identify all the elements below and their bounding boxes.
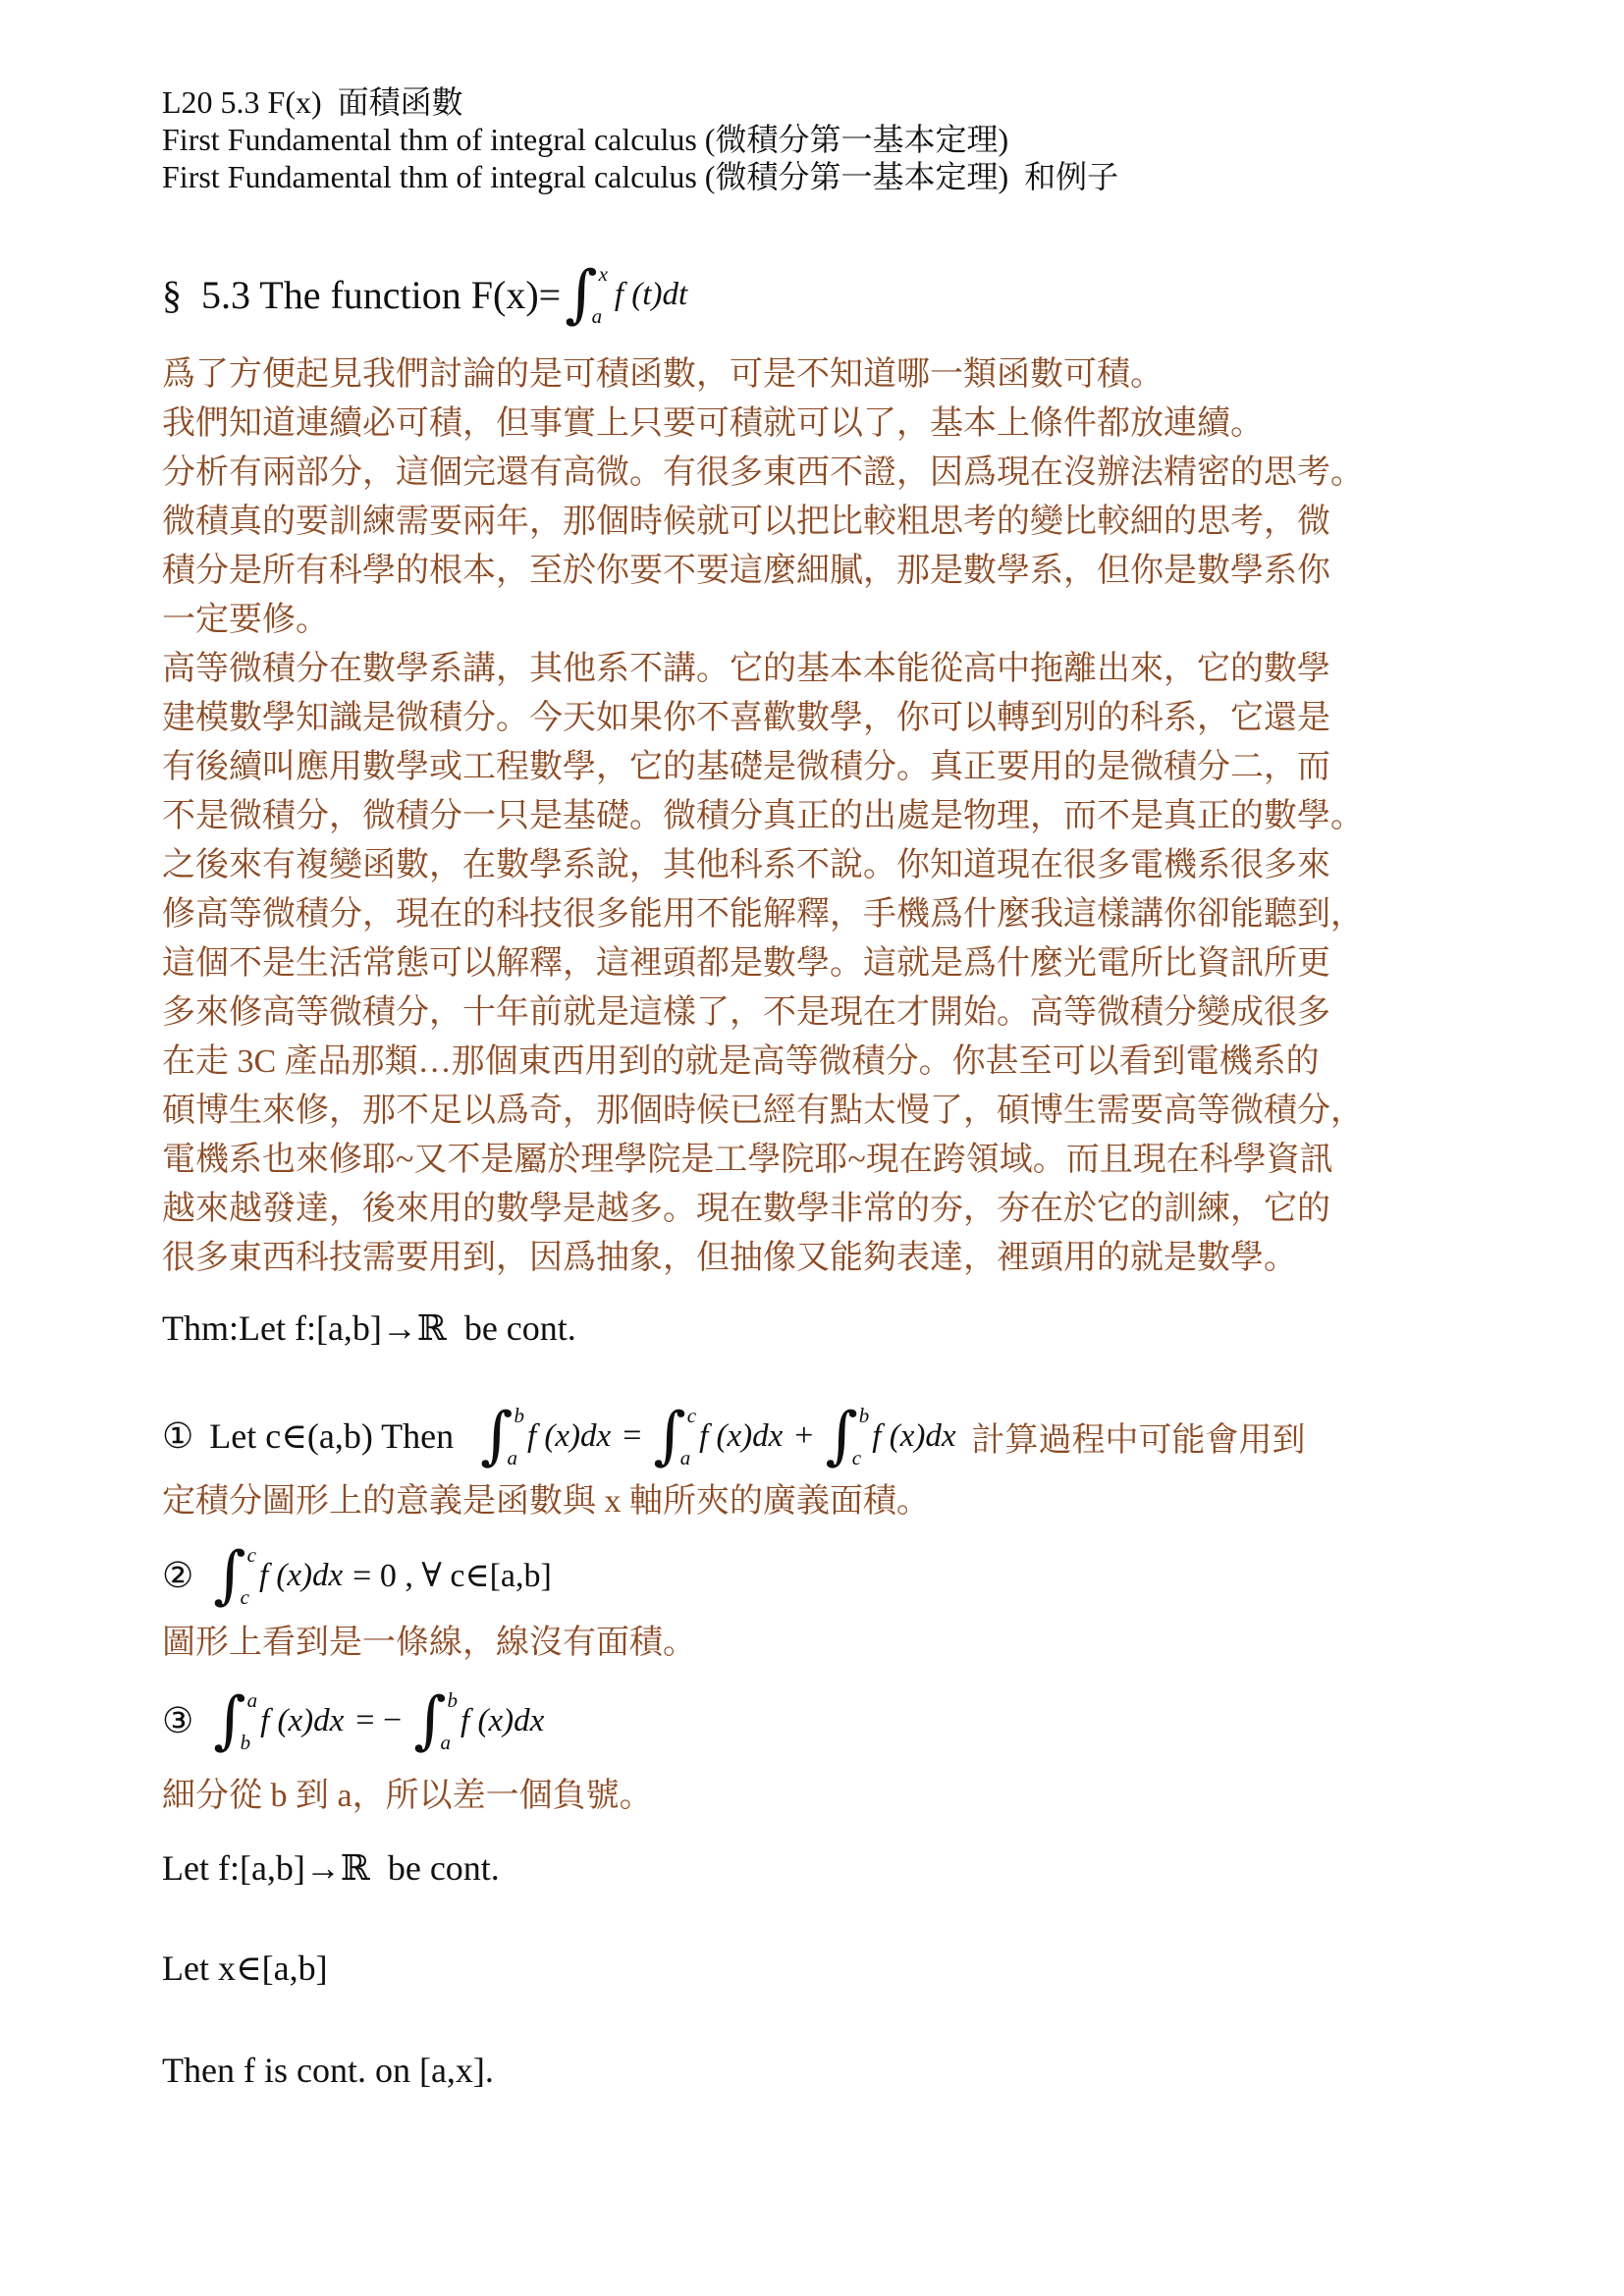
integral-limits: ca [687, 1403, 696, 1469]
integrand: f (x)dx [460, 1703, 544, 1739]
commentary-line: 微積真的要訓練需要兩年，那個時候就可以把比較粗思考的變比較細的思考，微 [162, 498, 1487, 547]
section-title: § 5.3 The function F(x)=∫xaf (t)dt [162, 258, 1487, 331]
integral-lower-limit: b [241, 1733, 258, 1753]
integral-limits: bc [859, 1403, 870, 1469]
header-line-topic-2: First Fundamental thm of integral calcul… [162, 158, 1487, 195]
equals-minus-sign: = − [355, 1702, 402, 1739]
plus-sign: + [794, 1417, 813, 1455]
integral: ∫bcf (x)dx [825, 1403, 955, 1469]
integral-limits: ba [448, 1687, 459, 1754]
commentary-line: 在走 3C 產品那類…那個東西用到的就是高等微積分。你甚至可以看到電機系的 [162, 1038, 1487, 1087]
lecture-commentary: 爲了方便起見我們討論的是可積函數，可是不知道哪一類函數可積。 我們知道連續必可積… [162, 350, 1487, 1283]
commentary-line: 之後來有複變函數，在數學系說，其他科系不說。你知道現在很多電機系很多來 [162, 841, 1487, 890]
commentary-line: 積分是所有科學的根本，至於你要不要這麼細膩，那是數學系，但你是數學系你 [162, 547, 1487, 596]
header-line-lecture-title: L20 5.3 F(x) 面積函數 [162, 83, 1487, 121]
section-title-text: § 5.3 The function F(x)= [162, 272, 561, 318]
circled-number-1: ① [162, 1415, 193, 1457]
integral-upper-limit: c [247, 1545, 256, 1566]
property-2-remark: 圖形上看到是一條線，線沒有面積。 [162, 1619, 1487, 1668]
integral-limits: ab [247, 1687, 258, 1754]
lecture-notes-page: L20 5.3 F(x) 面積函數 First Fundamental thm … [0, 0, 1624, 2296]
integral: ∫ccf (x)dx [213, 1542, 343, 1609]
theorem-property-3: ③ ∫abf (x)dx = − ∫baf (x)dx [162, 1680, 1487, 1762]
integral-limits: cc [247, 1542, 256, 1609]
integral-upper-limit: x [599, 264, 608, 285]
integral-lower-limit: a [508, 1448, 525, 1468]
integrand: f (t)dt [615, 277, 687, 313]
commentary-line: 有後續叫應用數學或工程數學，它的基礎是微積分。真正要用的是微積分二，而 [162, 743, 1487, 792]
commentary-line: 爲了方便起見我們討論的是可積函數，可是不知道哪一類函數可積。 [162, 350, 1487, 400]
integral-upper-limit: b [448, 1690, 459, 1711]
property-1-hypothesis: Let c∈(a,b) Then [209, 1415, 462, 1457]
commentary-line: 修高等微積分，現在的科技很多能用不能解釋，手機爲什麼我這樣講你卻能聽到， [162, 890, 1487, 939]
integral: ∫caf (x)dx [653, 1403, 783, 1469]
commentary-line: 電機系也來修耶~又不是屬於理學院是工學院耶~現在跨領域。而且現在科學資訊 [162, 1136, 1487, 1185]
commentary-line: 越來越發達，後來用的數學是越多。現在數學非常的夯，夯在於它的訓練，它的 [162, 1185, 1487, 1234]
integrand: f (x)dx [699, 1418, 783, 1455]
integral-lower-limit: c [852, 1448, 870, 1468]
circled-number-3: ③ [162, 1700, 193, 1741]
theorem-statement: Thm:Let f:[a,b]→ℝ be cont. [162, 1307, 1487, 1350]
equals-sign: = [623, 1417, 641, 1455]
property-1-remark: 定積分圖形上的意義是函數與 x 軸所夾的廣義面積。 [162, 1477, 1487, 1526]
integral-upper-limit: a [247, 1690, 258, 1711]
integral-upper-limit: b [859, 1406, 870, 1426]
integral: ∫baf (x)dx [480, 1403, 611, 1469]
integral-limits: ba [514, 1403, 525, 1469]
integral-lower-limit: a [441, 1733, 459, 1753]
statement-conclusion: Then f is cont. on [a,x]. [162, 2049, 1487, 2092]
integrand: f (x)dx [872, 1418, 955, 1455]
property-1-inline-remark: 計算過程中可能會用到 [972, 1413, 1306, 1461]
commentary-line: 建模數學知識是微積分。今天如果你不喜歡數學，你可以轉到別的科系，它還是 [162, 694, 1487, 743]
integral-limits: xa [599, 261, 608, 328]
statement-let-x: Let x∈[a,b] [162, 1947, 1487, 1990]
commentary-line: 碩博生來修，那不足以爲奇，那個時候已經有點太慢了，碩博生需要高等微積分， [162, 1087, 1487, 1136]
property-2-equation-tail: = 0 , ∀ c∈[a,b] [352, 1556, 552, 1595]
commentary-line: 這個不是生活常態可以解釋，這裡頭都是數學。這就是爲什麼光電所比資訊所更 [162, 939, 1487, 988]
commentary-line: 不是微積分，微積分一只是基礎。微積分真正的出處是物理，而不是真正的數學。 [162, 792, 1487, 841]
theorem-property-1: ① Let c∈(a,b) Then ∫baf (x)dx = ∫caf (x)… [162, 1395, 1487, 1477]
commentary-line: 我們知道連續必可積，但事實上只要可積就可以了，基本上條件都放連續。 [162, 400, 1487, 449]
integrand: f (x)dx [527, 1418, 611, 1455]
property-3-remark: 細分從 b 到 a，所以差一個負號。 [162, 1772, 1487, 1821]
commentary-line: 一定要修。 [162, 596, 1487, 645]
integral-upper-limit: b [514, 1406, 525, 1426]
integral-lower-limit: c [241, 1587, 256, 1608]
integral-lower-limit: a [592, 306, 608, 327]
commentary-line: 高等微積分在數學系講，其他系不講。它的基本本能從高中拖離出來，它的數學 [162, 645, 1487, 694]
course-header: L20 5.3 F(x) 面積函數 First Fundamental thm … [162, 83, 1487, 195]
circled-number-2: ② [162, 1555, 193, 1596]
integrand: f (x)dx [259, 1558, 343, 1594]
commentary-line: 多來修高等微積分，十年前就是這樣了，不是現在才開始。高等微積分變成很多 [162, 988, 1487, 1038]
integral-lower-limit: a [680, 1448, 696, 1468]
commentary-line: 分析有兩部分，這個完還有高微。有很多東西不證，因爲現在沒辦法精密的思考。 [162, 449, 1487, 498]
integral-upper-limit: c [687, 1406, 696, 1426]
integral: ∫xa [565, 261, 611, 328]
header-line-topic-1: First Fundamental thm of integral calcul… [162, 121, 1487, 158]
theorem-property-2: ② ∫ccf (x)dx = 0 , ∀ c∈[a,b] [162, 1534, 1487, 1617]
integrand: f (x)dx [260, 1703, 344, 1739]
statement-let-f: Let f:[a,b]→ℝ be cont. [162, 1846, 1487, 1890]
integral: ∫baf (x)dx [413, 1687, 544, 1754]
integral: ∫abf (x)dx [213, 1687, 344, 1754]
commentary-line: 很多東西科技需要用到，因爲抽象，但抽像又能夠表達，裡頭用的就是數學。 [162, 1234, 1487, 1283]
page-content: L20 5.3 F(x) 面積函數 First Fundamental thm … [0, 0, 1624, 2092]
